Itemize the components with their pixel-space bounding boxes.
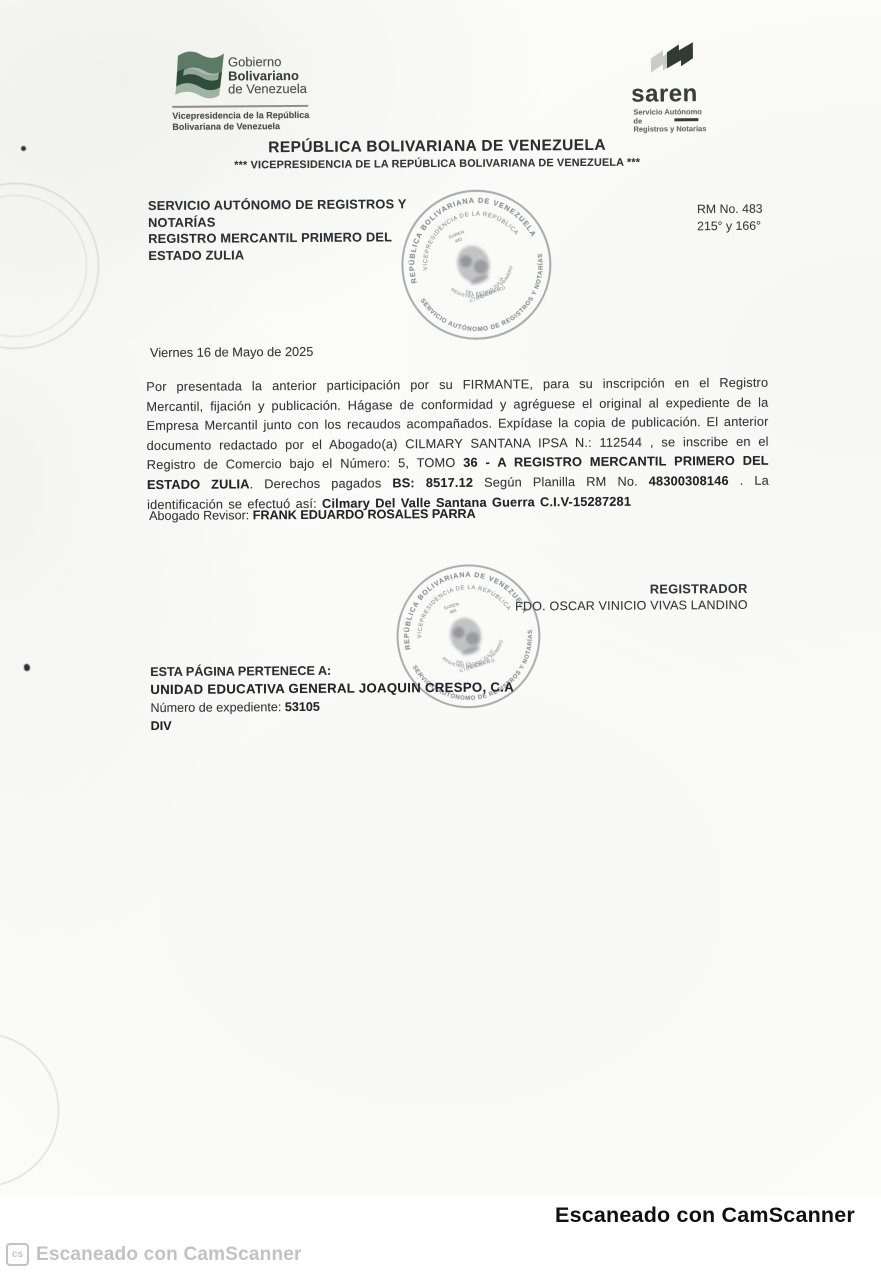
document-content: Gobierno Bolivariano de Venezuela Vicepr…: [0, 0, 881, 1280]
coat-of-arms-emblem: [452, 241, 496, 289]
camscanner-icon: cs: [6, 1243, 29, 1266]
camscanner-light-text: Escaneado con CamScanner: [36, 1244, 302, 1266]
gov-logo-line: de Venezuela: [228, 82, 307, 96]
rm-number: RM No. 483: [697, 201, 763, 218]
saren-icon: [649, 40, 695, 80]
government-logo-text: Gobierno Bolivariano de Venezuela: [228, 55, 307, 96]
venezuela-flag-icon: [174, 49, 226, 99]
office-line: ESTADO ZULIA: [148, 246, 407, 264]
svg-text:483: 483: [449, 608, 458, 615]
saren-wordmark: saren: [631, 80, 698, 108]
camscanner-watermark-light: cs Escaneado con CamScanner: [6, 1243, 302, 1266]
revisor-name: FRANK EDUARDO ROSALES PARRA: [253, 507, 476, 523]
coat-of-arms-emblem: [446, 614, 487, 659]
page-ownership-block: ESTA PÁGINA PERTENECE A: UNIDAD EDUCATIV…: [150, 660, 514, 735]
rm-anniversary: 215° y 166°: [697, 218, 763, 235]
saren-logo: saren Servicio Autónomo de Registros y N…: [629, 40, 709, 41]
div-code: DIV: [151, 714, 515, 735]
registry-seal-stamp-top: REPÚBLICA BOLIVARIANA DE VENEZUELA VICEP…: [366, 155, 586, 375]
scanned-document-page: Gobierno Bolivariano de Venezuela Vicepr…: [0, 0, 881, 1280]
logo-divider: [172, 105, 308, 108]
office-line: SERVICIO AUTÓNOMO DE REGISTROS Y: [148, 196, 407, 214]
document-date: Viernes 16 de Mayo de 2025: [150, 344, 314, 360]
company-name: UNIDAD EDUCATIVA GENERAL JOAQUIN CRESPO,…: [150, 678, 514, 699]
saren-underline: [674, 118, 698, 121]
body-paragraph: Por presentada la anterior participación…: [146, 373, 769, 514]
rm-number-block: RM No. 483 215° y 166°: [697, 201, 763, 235]
revisor-label: Abogado Revisor:: [149, 508, 253, 523]
government-logo: Gobierno Bolivariano de Venezuela Vicepr…: [172, 43, 322, 44]
vicepresidencia-caption: Vicepresidencia de la República Bolivari…: [172, 110, 309, 132]
file-number-value: 53105: [285, 700, 320, 714]
gov-logo-line: Gobierno: [228, 55, 307, 69]
camscanner-watermark-dark: Escaneado con CamScanner: [555, 1203, 855, 1228]
file-number-label: Número de expediente:: [150, 700, 285, 715]
reviewing-attorney-line: Abogado Revisor: FRANK EDUARDO ROSALES P…: [149, 507, 476, 523]
registry-office-block: SERVICIO AUTÓNOMO DE REGISTROS Y NOTARÍA…: [148, 196, 407, 264]
office-line: REGISTRO MERCANTIL PRIMERO DEL: [148, 229, 407, 247]
